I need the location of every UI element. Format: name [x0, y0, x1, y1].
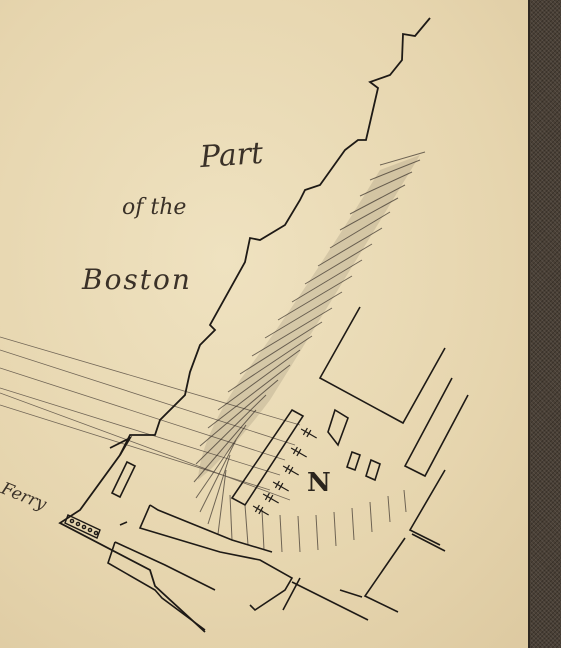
book-binding-edge: [528, 0, 561, 648]
shoreline: [60, 18, 430, 632]
wharves: [283, 307, 468, 620]
battery-marker-n: N: [307, 468, 331, 498]
map-linework: [0, 0, 530, 648]
hut-1: [347, 452, 360, 470]
magazine: [328, 410, 348, 445]
map-title-part: Part: [199, 136, 264, 175]
map-title-of-the: of the: [122, 195, 186, 220]
battery-n: [232, 410, 380, 518]
hill-shadow: [198, 155, 420, 480]
historical-map: Part of the Boston Ferry N: [0, 0, 561, 648]
building-block: [112, 462, 135, 497]
map-title-boston: Boston: [82, 263, 192, 296]
hut-2: [366, 460, 380, 480]
town-buildings: [108, 462, 292, 630]
